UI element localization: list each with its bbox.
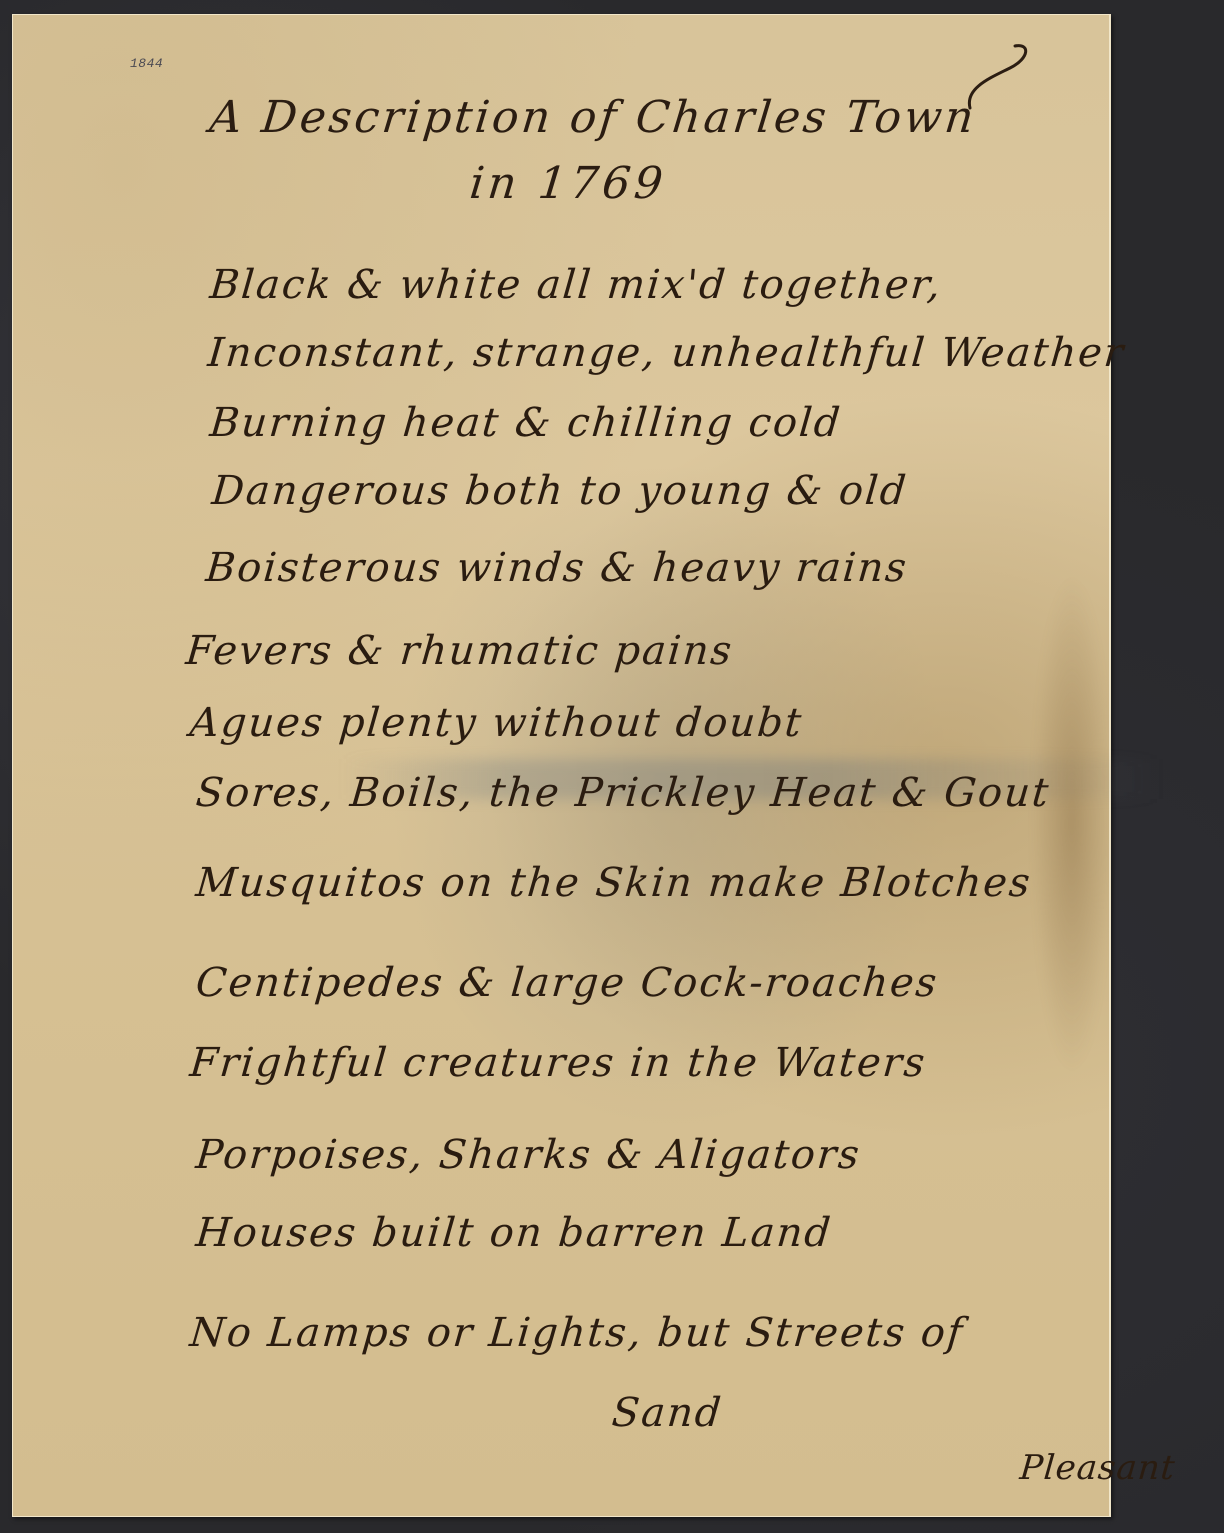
- verse-line: Inconstant, strange, unhealthful Weather: [206, 330, 1127, 376]
- verse-line: Centipedes & large Cock-roaches: [194, 960, 940, 1006]
- edge-stain: [1032, 574, 1112, 1074]
- verse-line: Sores, Boils, the Prickley Heat & Gout: [194, 770, 1052, 816]
- verse-line: Frightful creatures in the Waters: [188, 1040, 928, 1086]
- document-subtitle: in 1769: [467, 158, 669, 209]
- verse-line: Sand: [610, 1390, 725, 1436]
- verse-line: Agues plenty without doubt: [188, 700, 805, 746]
- verse-line: Musquitos on the Skin make Blotches: [194, 860, 1034, 906]
- document-title: A Description of Charles Town: [207, 92, 979, 143]
- verse-line: Black & white all mix'd together,: [208, 262, 944, 308]
- verse-line: Burning heat & chilling cold: [208, 400, 844, 446]
- archive-number: 1844: [130, 56, 163, 71]
- verse-line: No Lamps or Lights, but Streets of: [188, 1310, 966, 1356]
- verse-line: Dangerous both to young & old: [210, 468, 910, 514]
- verse-line: Boisterous winds & heavy rains: [204, 545, 910, 591]
- manuscript-page: [12, 14, 1111, 1517]
- verse-line: Porpoises, Sharks & Aligators: [194, 1132, 863, 1178]
- verse-line: Fevers & rhumatic pains: [184, 628, 735, 674]
- verse-line: Houses built on barren Land: [194, 1210, 834, 1256]
- catchword: Pleasant: [1018, 1448, 1177, 1488]
